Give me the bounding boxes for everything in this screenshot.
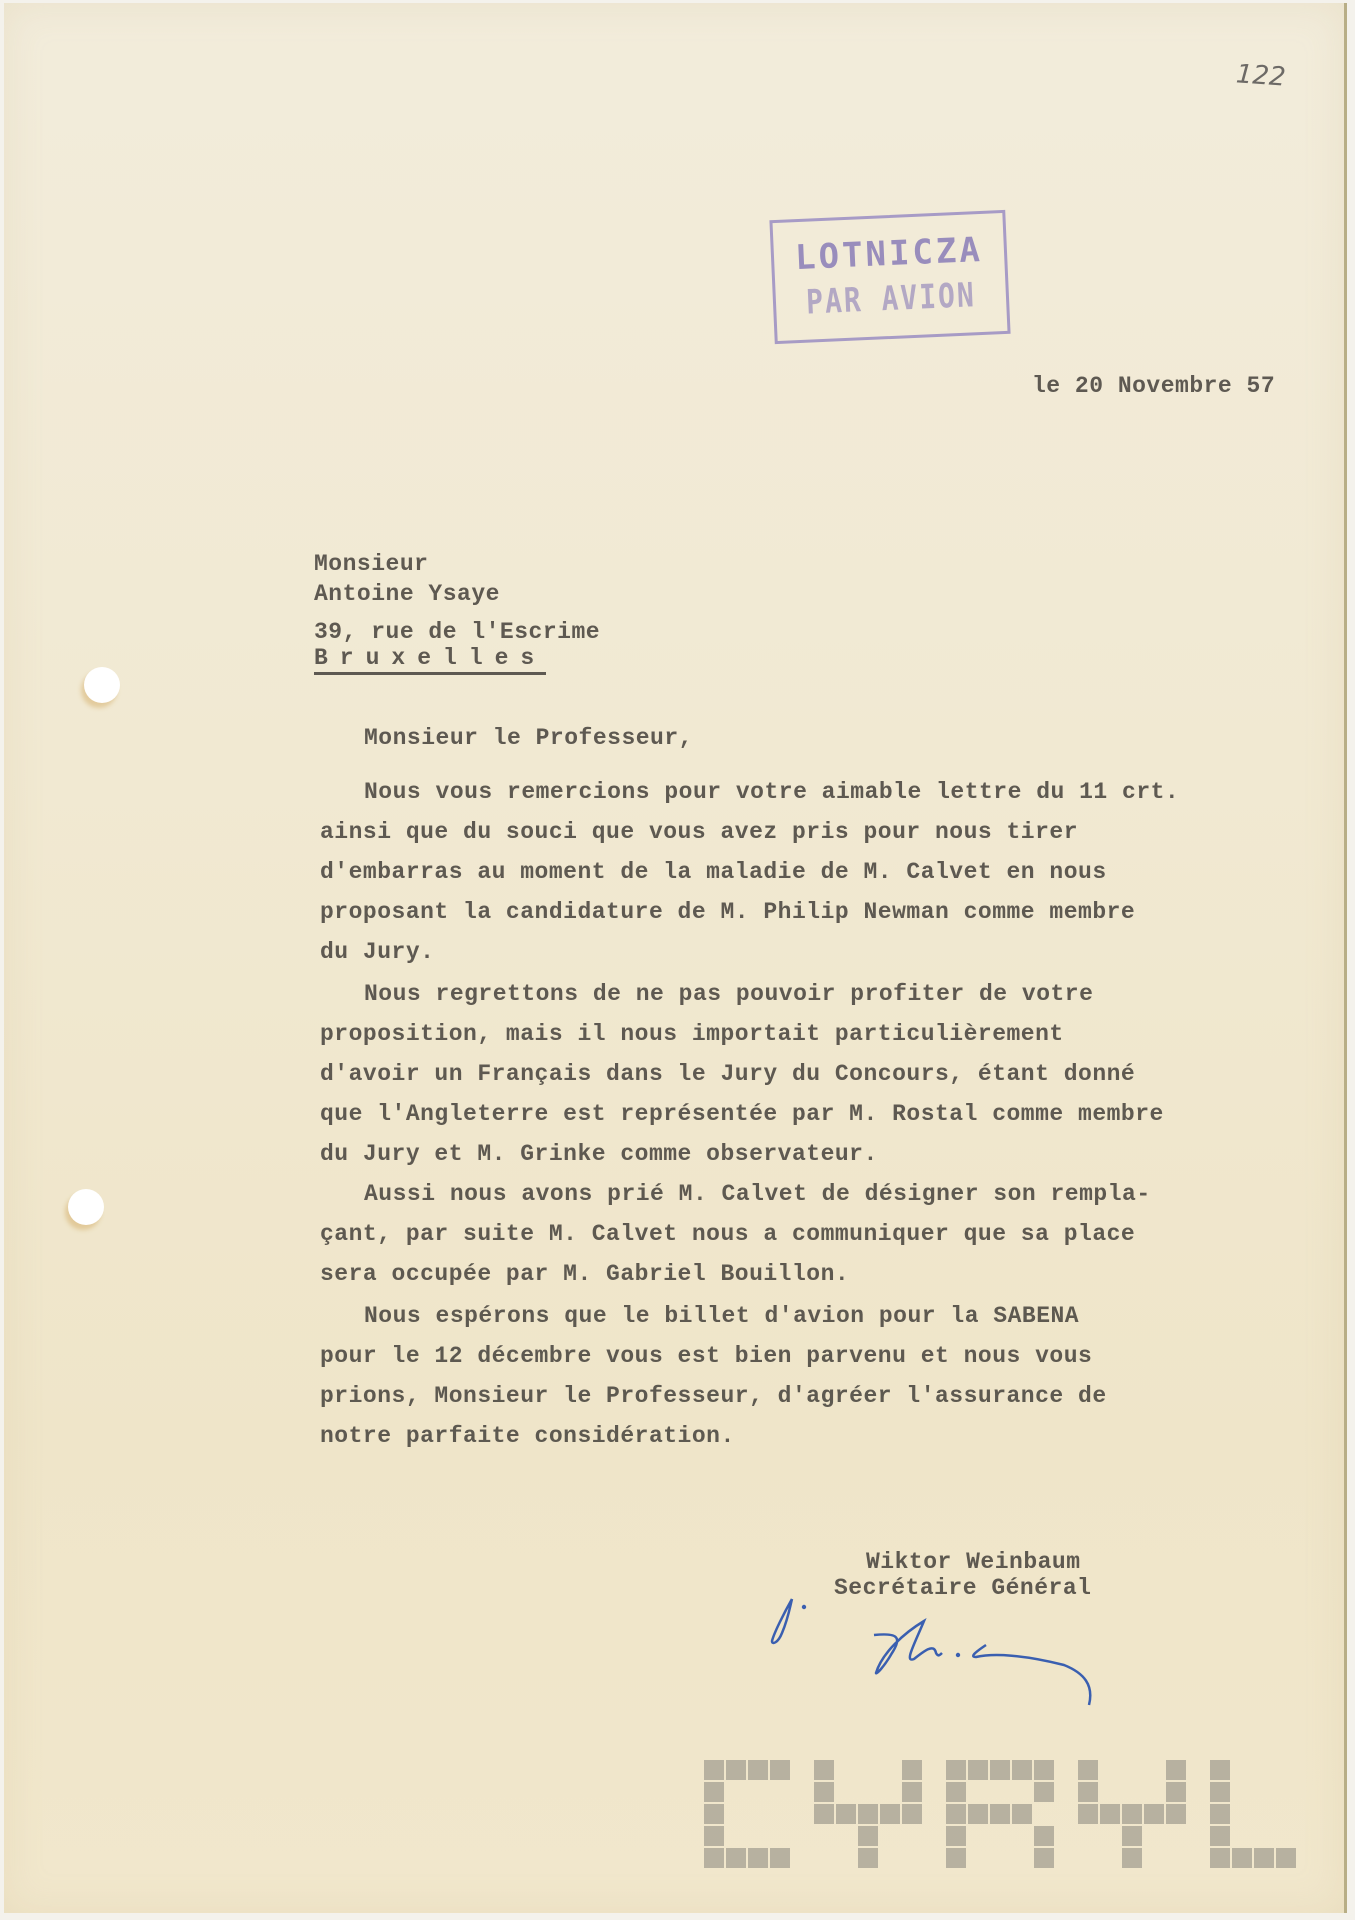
recipient-line-2: Antoine Ysaye [314, 581, 500, 607]
salutation: Monsieur le Professeur, [364, 725, 693, 751]
body-line: Nous regrettons de ne pas pouvoir profit… [364, 981, 1093, 1007]
body-line: prions, Monsieur le Professeur, d'agréer… [320, 1383, 1107, 1409]
recipient-line-3: 39, rue de l'Escrime [314, 619, 600, 645]
letter-page: 122 LOTNICZA PAR AVION le 20 Novembre 57… [4, 3, 1347, 1913]
body-line: proposition, mais il nous importait part… [320, 1021, 1064, 1047]
body-line: proposant la candidature de M. Philip Ne… [320, 899, 1135, 925]
recipient-line-1: Monsieur [314, 551, 428, 577]
body-line: çant, par suite M. Calvet nous a communi… [320, 1221, 1135, 1247]
punch-hole [84, 667, 120, 703]
body-line: ainsi que du souci que vous avez pris po… [320, 819, 1078, 845]
airmail-stamp: LOTNICZA PAR AVION [769, 210, 1010, 344]
body-line: sera occupée par M. Gabriel Bouillon. [320, 1261, 849, 1287]
body-line: Aussi nous avons prié M. Calvet de désig… [364, 1181, 1151, 1207]
stamp-line-2: PAR AVION [775, 274, 1007, 324]
body-line: que l'Angleterre est représentée par M. … [320, 1101, 1164, 1127]
body-line: du Jury et M. Grinke comme observateur. [320, 1141, 878, 1167]
body-line: Nous espérons que le billet d'avion pour… [364, 1303, 1079, 1329]
cyryl-watermark-icon [704, 1760, 1314, 1870]
archive-page-number: 122 [1235, 59, 1287, 92]
stamp-line-1: LOTNICZA [773, 229, 1005, 279]
punch-hole [68, 1189, 104, 1225]
letter-date: le 20 Novembre 57 [1032, 373, 1275, 399]
body-line: d'embarras au moment de la maladie de M.… [320, 859, 1107, 885]
body-line: d'avoir un Français dans le Jury du Conc… [320, 1061, 1135, 1087]
handwritten-signature-icon [764, 1593, 1144, 1733]
body-line: pour le 12 décembre vous est bien parven… [320, 1343, 1092, 1369]
signatory-name: Wiktor Weinbaum [866, 1549, 1081, 1575]
body-line: du Jury. [320, 939, 434, 965]
recipient-city: Bruxelles [314, 645, 546, 675]
body-line: notre parfaite considération. [320, 1423, 735, 1449]
body-line: Nous vous remercions pour votre aimable … [364, 779, 1179, 805]
